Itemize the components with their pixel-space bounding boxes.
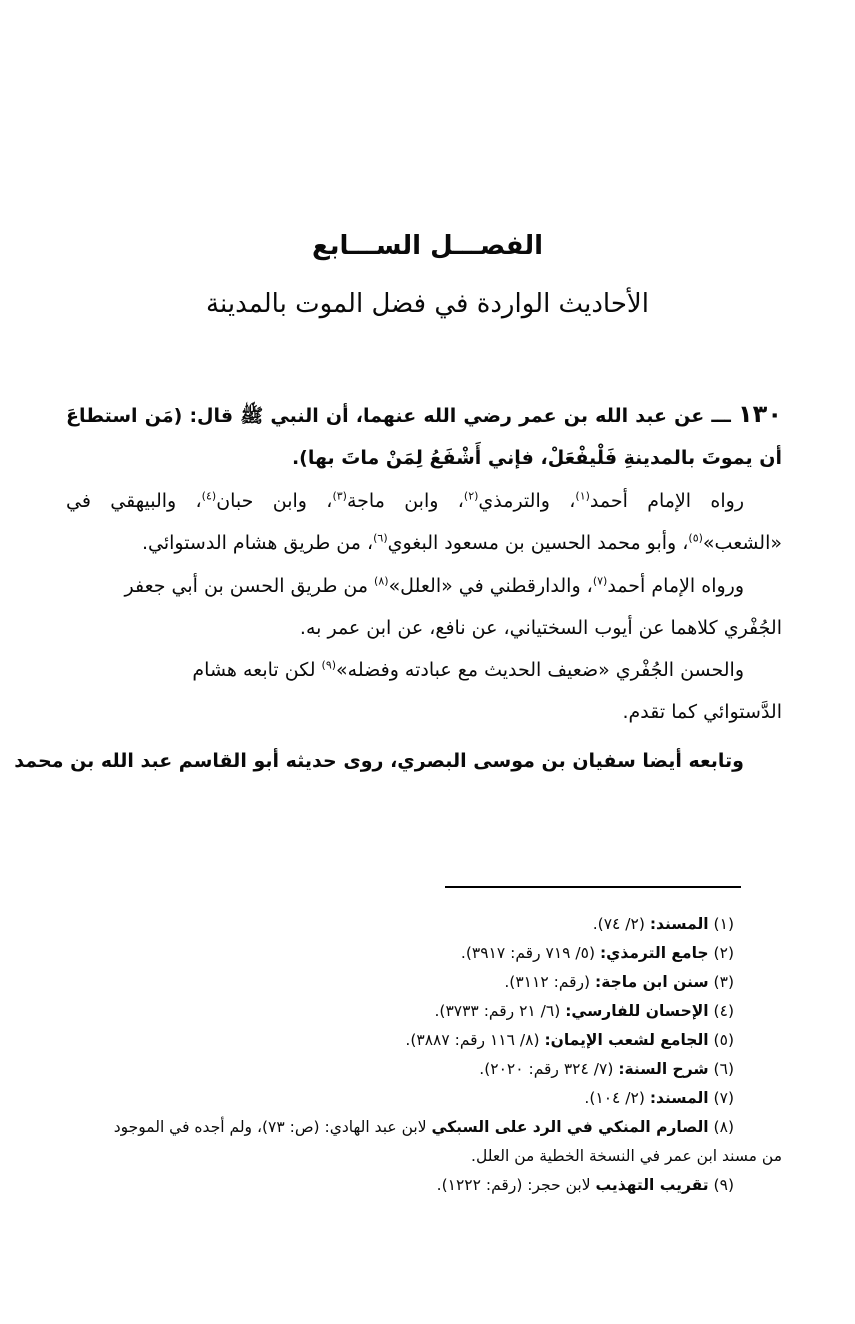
book-page: الفصـــل الســـابع الأحاديث الواردة في ف… — [0, 0, 855, 1324]
footnote-5: (٥) الجامع لشعب الإيمان: (٨/ ١١٦ رقم: ٣٨… — [66, 1026, 782, 1055]
hadith-text: ١٣٠ ـــ عن عبد الله بن عمر رضي الله عنهم… — [66, 393, 782, 479]
footnote-8-continuation: من مسند ابن عمر في النسخة الخطية من العل… — [66, 1142, 782, 1171]
paragraph-takhrij-1: رواه الإمام أحمد(١)، والترمذي(٢)، وابن م… — [66, 480, 782, 564]
hadith-line-2: أن يموتَ بالمدينةِ فَلْيفْعَلْ، فإني أَش… — [66, 437, 782, 479]
paragraph-line: الدَّستوائي كما تقدم. — [66, 691, 782, 733]
paragraph-line: الجُفْري كلاهما عن أيوب السختياني، عن نا… — [66, 607, 782, 649]
chapter-title: الفصـــل الســـابع — [0, 226, 855, 266]
footnote-9: (٩) تقريب التهذيب لابن حجر: (رقم: ١٢٢٢). — [66, 1171, 782, 1200]
paragraph-line: وتابعه أيضا سفيان بن موسى البصري، روى حد… — [66, 740, 782, 782]
footnote-separator — [445, 886, 741, 888]
footnote-ref-7[interactable]: (٧) — [593, 575, 608, 588]
footnote-2: (٢) جامع الترمذي: (٥/ ٧١٩ رقم: ٣٩١٧). — [66, 939, 782, 968]
footnote-ref-6[interactable]: (٦) — [373, 532, 388, 545]
hadith-line-1: ١٣٠ ـــ عن عبد الله بن عمر رضي الله عنهم… — [66, 393, 782, 437]
footnote-ref-5[interactable]: (٥) — [688, 532, 703, 545]
paragraph-takhrij-3: وتابعه أيضا سفيان بن موسى البصري، روى حد… — [66, 740, 782, 782]
footnote-6: (٦) شرح السنة: (٧/ ٣٢٤ رقم: ٢٠٢٠). — [66, 1055, 782, 1084]
paragraph-takhrij-2: ورواه الإمام أحمد(٧)، والدارقطني في «الع… — [66, 565, 782, 733]
footnote-8: (٨) الصارم المنكي في الرد على السبكي لاب… — [66, 1113, 782, 1142]
footnotes: (١) المسند: (٢/ ٧٤). (٢) جامع الترمذي: (… — [66, 910, 782, 1200]
footnote-ref-9[interactable]: (٩) — [322, 659, 337, 672]
footnote-ref-8[interactable]: (٨) — [374, 575, 389, 588]
paragraph-line: رواه الإمام أحمد(١)، والترمذي(٢)، وابن م… — [66, 480, 782, 522]
footnote-ref-2[interactable]: (٢) — [464, 490, 479, 503]
footnote-7: (٧) المسند: (٢/ ١٠٤). — [66, 1084, 782, 1113]
paragraph-line: ورواه الإمام أحمد(٧)، والدارقطني في «الع… — [66, 565, 782, 607]
footnote-ref-4[interactable]: (٤) — [202, 490, 217, 503]
hadith-dash: ـــ — [704, 405, 738, 427]
footnote-3: (٣) سنن ابن ماجة: (رقم: ٣١١٢). — [66, 968, 782, 997]
chapter-subtitle: الأحاديث الواردة في فضل الموت بالمدينة — [0, 284, 855, 324]
hadith-matn-start: (مَن استطاعَ — [66, 405, 182, 427]
hadith-number: ١٣٠ — [738, 400, 782, 428]
footnote-ref-3[interactable]: (٣) — [332, 490, 347, 503]
footnote-4: (٤) الإحسان للفارسي: (٦/ ٢١ رقم: ٣٧٣٣). — [66, 997, 782, 1026]
footnote-1: (١) المسند: (٢/ ٧٤). — [66, 910, 782, 939]
hadith-isnad: عن عبد الله بن عمر رضي الله عنهما، أن ال… — [182, 405, 704, 427]
paragraph-line: «الشعب»(٥)، وأبو محمد الحسين بن مسعود ال… — [66, 522, 782, 564]
footnote-ref-1[interactable]: (١) — [575, 490, 590, 503]
paragraph-line: والحسن الجُفْري «ضعيف الحديث مع عبادته و… — [66, 649, 782, 691]
